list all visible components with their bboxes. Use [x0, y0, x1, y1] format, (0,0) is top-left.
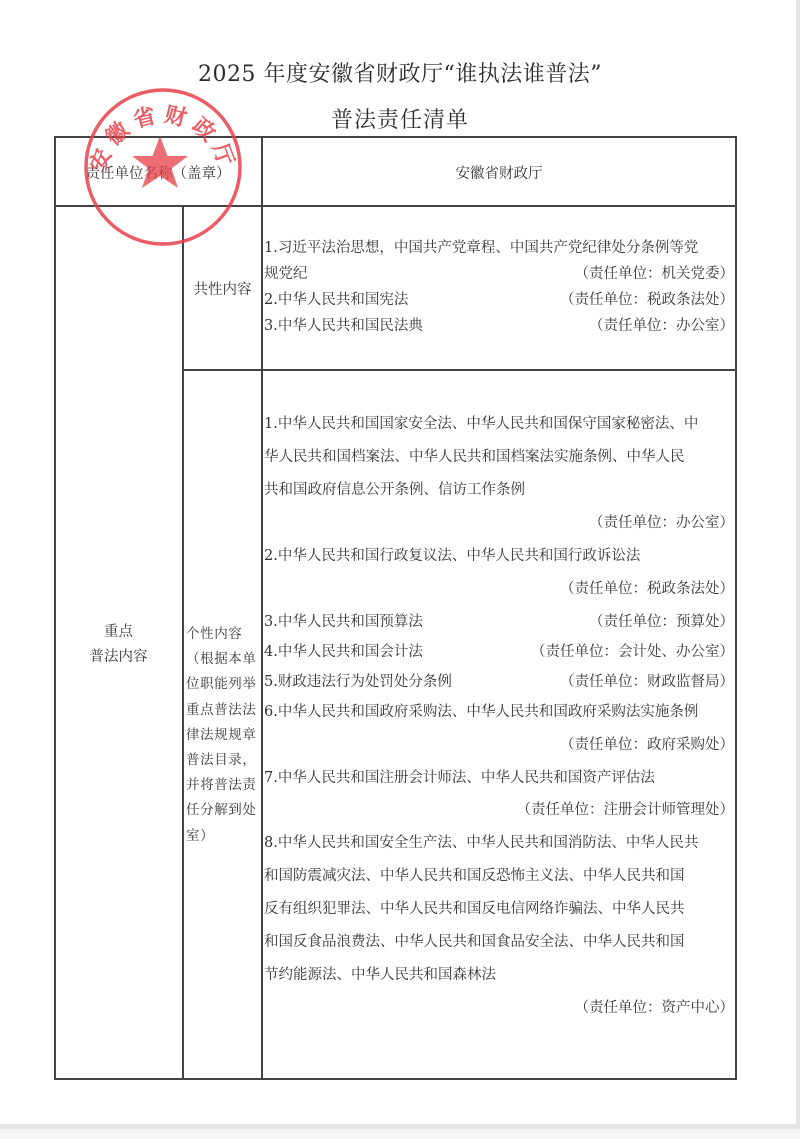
list-item: （责任单位：资产中心）	[264, 996, 734, 1020]
list-item: 反有组织犯罪法、中华人民共和国反电信网络诈骗法、中华人民共	[264, 897, 734, 921]
personal-label-line: 重点普法法	[186, 698, 262, 723]
responsible-unit: （责任单位：资产中心）	[575, 996, 735, 1017]
document-page: 2025 年度安徽省财政厅“谁执法谁普法” 普法责任清单 责任单位名称（盖章） …	[0, 0, 800, 1124]
list-item: 共和国政府信息公开条例、信访工作条例	[264, 478, 734, 502]
law-text: 6.中华人民共和国政府采购法、中华人民共和国政府采购法实施条例	[264, 700, 698, 721]
responsible-unit: （责任单位：税政条法处）	[560, 577, 734, 598]
table-border-top	[54, 136, 737, 138]
law-text: 1.中华人民共和国国家安全法、中华人民共和国保守国家秘密法、中	[264, 412, 698, 433]
header-unit-name-label: 责任单位名称（盖章）	[54, 162, 262, 183]
list-item: 2.中华人民共和国行政复议法、中华人民共和国行政诉讼法	[264, 544, 734, 568]
personal-label-line: 普法目录，	[186, 748, 262, 773]
responsible-unit: （责任单位：办公室）	[589, 314, 734, 335]
document-title: 2025 年度安徽省财政厅“谁执法谁普法”	[0, 57, 800, 88]
list-item: 华人民共和国档案法、中华人民共和国档案法实施条例、中华人民	[264, 445, 734, 469]
law-text: 1.习近平法治思想，中国共产党章程、中国共产党纪律处分条例等党	[264, 236, 698, 257]
viewer-background	[0, 1129, 800, 1139]
section-label: 重点 普法内容	[54, 620, 183, 670]
list-item: 7.中华人民共和国注册会计师法、中华人民共和国资产评估法	[264, 766, 734, 790]
personal-label-line: 并将普法责	[186, 773, 262, 798]
list-item: 5.财政违法行为处罚处分条例（责任单位：财政监督局）	[264, 670, 734, 694]
personal-label-line: 律法规规章	[186, 723, 262, 748]
law-text: 华人民共和国档案法、中华人民共和国档案法实施条例、中华人民	[264, 445, 685, 466]
law-text: 和国反食品浪费法、中华人民共和国食品安全法、中华人民共和国	[264, 930, 685, 951]
list-item: 1.中华人民共和国国家安全法、中华人民共和国保守国家秘密法、中	[264, 412, 734, 436]
list-item: 1.习近平法治思想，中国共产党章程、中国共产党纪律处分条例等党	[264, 236, 734, 260]
law-text: 节约能源法、中华人民共和国森林法	[264, 963, 496, 984]
list-item: （责任单位：税政条法处）	[264, 577, 734, 601]
personal-label-line: （根据本单	[186, 647, 262, 672]
responsible-unit: （责任单位：政府采购处）	[560, 733, 734, 754]
law-text: 8.中华人民共和国安全生产法、中华人民共和国消防法、中华人民共	[264, 831, 698, 852]
law-text: 7.中华人民共和国注册会计师法、中华人民共和国资产评估法	[264, 766, 655, 787]
header-unit-name-value: 安徽省财政厅	[262, 162, 736, 183]
personal-label-line: 位职能列举	[186, 672, 262, 697]
list-item: 8.中华人民共和国安全生产法、中华人民共和国消防法、中华人民共	[264, 831, 734, 855]
responsible-unit: （责任单位：办公室）	[589, 511, 734, 532]
common-content-label: 共性内容	[183, 278, 262, 299]
list-item: 2.中华人民共和国宪法 （责任单位：税政条法处）	[264, 288, 734, 312]
law-text: 共和国政府信息公开条例、信访工作条例	[264, 478, 525, 499]
table-border-left	[54, 136, 56, 1080]
law-text: 3.中华人民共和国预算法	[264, 610, 423, 631]
list-item: （责任单位：政府采购处）	[264, 733, 734, 757]
responsible-unit: （责任单位：会计处、办公室）	[531, 640, 734, 661]
law-text: 和国防震减灾法、中华人民共和国反恐怖主义法、中华人民共和国	[264, 864, 685, 885]
law-text: 2.中华人民共和国行政复议法、中华人民共和国行政诉讼法	[264, 544, 640, 565]
list-item: 规党纪 （责任单位：机关党委）	[264, 262, 734, 286]
law-text: 反有组织犯罪法、中华人民共和国反电信网络诈骗法、中华人民共	[264, 897, 685, 918]
section-label-line2: 普法内容	[54, 645, 183, 670]
list-item: 3.中华人民共和国预算法（责任单位：预算处）	[264, 610, 734, 634]
list-item: 6.中华人民共和国政府采购法、中华人民共和国政府采购法实施条例	[264, 700, 734, 724]
personal-content-label: 个性内容 （根据本单 位职能列举 重点普法法 律法规规章 普法目录， 并将普法责…	[186, 622, 262, 849]
table-border-right	[735, 136, 737, 1080]
personal-label-line: 个性内容	[186, 622, 262, 647]
header-divider	[54, 205, 737, 207]
list-item: 和国反食品浪费法、中华人民共和国食品安全法、中华人民共和国	[264, 930, 734, 954]
list-item: 3.中华人民共和国民法典 （责任单位：办公室）	[264, 314, 734, 338]
row-divider-common-personal	[182, 369, 737, 371]
law-text: 5.财政违法行为处罚处分条例	[264, 670, 452, 691]
responsible-unit: （责任单位：预算处）	[589, 610, 734, 631]
responsible-unit: （责任单位：注册会计师管理处）	[517, 798, 735, 819]
section-label-line1: 重点	[54, 620, 183, 645]
personal-label-line: 任分解到处	[186, 798, 262, 823]
list-item: 和国防震减灾法、中华人民共和国反恐怖主义法、中华人民共和国	[264, 864, 734, 888]
law-text: 2.中华人民共和国宪法	[264, 288, 408, 309]
list-item: 4.中华人民共和国会计法（责任单位：会计处、办公室）	[264, 640, 734, 664]
personal-label-line: 室）	[186, 824, 262, 849]
responsible-unit: （责任单位：机关党委）	[575, 262, 735, 283]
document-subtitle: 普法责任清单	[0, 103, 800, 134]
law-text: 4.中华人民共和国会计法	[264, 640, 423, 661]
responsible-unit: （责任单位：财政监督局）	[560, 670, 734, 691]
list-item: 节约能源法、中华人民共和国森林法	[264, 963, 734, 987]
list-item: （责任单位：办公室）	[264, 511, 734, 535]
law-text: 3.中华人民共和国民法典	[264, 314, 423, 335]
law-text: 规党纪	[264, 262, 308, 283]
table-border-bottom	[54, 1078, 737, 1080]
responsible-unit: （责任单位：税政条法处）	[560, 288, 734, 309]
list-item: （责任单位：注册会计师管理处）	[264, 798, 734, 822]
